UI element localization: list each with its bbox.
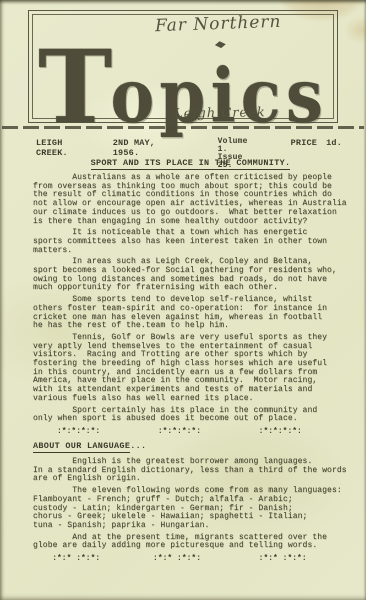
paragraph: Sport certainly has its place in the com… [33, 407, 348, 424]
price-value: 1d. [326, 138, 342, 148]
article-language: ABOUT OUR LANGUAGE... English is the gre… [33, 441, 348, 563]
masthead: Far Northern ◆ Topics Leigh Creek [28, 10, 338, 123]
dateline-volume: Volume 1. [218, 138, 261, 154]
paragraph: In areas such as Leigh Creek, Copley and… [33, 258, 348, 293]
paragraph: Australians as a whole are often critici… [33, 174, 348, 226]
dashed-rule [2, 126, 364, 129]
section-separator: :*:* :*:*: :*:* :*:*: :*:* :*:*: [33, 554, 348, 563]
paragraph: Some sports tend to develop self-relianc… [33, 296, 348, 331]
article-language-heading: ABOUT OUR LANGUAGE... [33, 441, 348, 451]
masthead-title: Topics [29, 11, 337, 122]
newsletter-page: Far Northern ◆ Topics Leigh Creek LEIGH … [0, 0, 366, 600]
article-sport-heading: SPORT AND ITS PLACE IN THE COMMUNITY. [33, 158, 348, 168]
paragraph: The eleven following words come from as … [33, 487, 348, 531]
section-separator: :*:*:*:*: :*:*:*:*: :*:*:*:*: [33, 427, 348, 436]
article-language-heading-text: ABOUT OUR LANGUAGE [33, 441, 130, 453]
dateline-price: PRICE 1d. [291, 138, 342, 148]
article-sport: SPORT AND ITS PLACE IN THE COMMUNITY. Au… [33, 158, 348, 436]
title-initial: T [38, 42, 110, 132]
paragraph: English is the greatest borrower among l… [33, 458, 348, 484]
paragraph: Tennis, Golf or Bowls are very useful sp… [33, 334, 348, 404]
masthead-place: Leigh Creek [174, 105, 266, 122]
dateline-date: 2ND MAY, 1956. [113, 138, 184, 158]
dateline-location: LEIGH CREEK. [36, 138, 97, 158]
paragraph: It is noticeable that a town which has e… [33, 229, 348, 255]
paragraph: And at the present time, migrants scatte… [33, 534, 348, 551]
article-language-heading-suffix: ... [130, 441, 146, 451]
article-sport-heading-text: SPORT AND ITS PLACE IN THE COMMUNITY. [91, 158, 291, 170]
price-label: PRICE [291, 138, 318, 148]
